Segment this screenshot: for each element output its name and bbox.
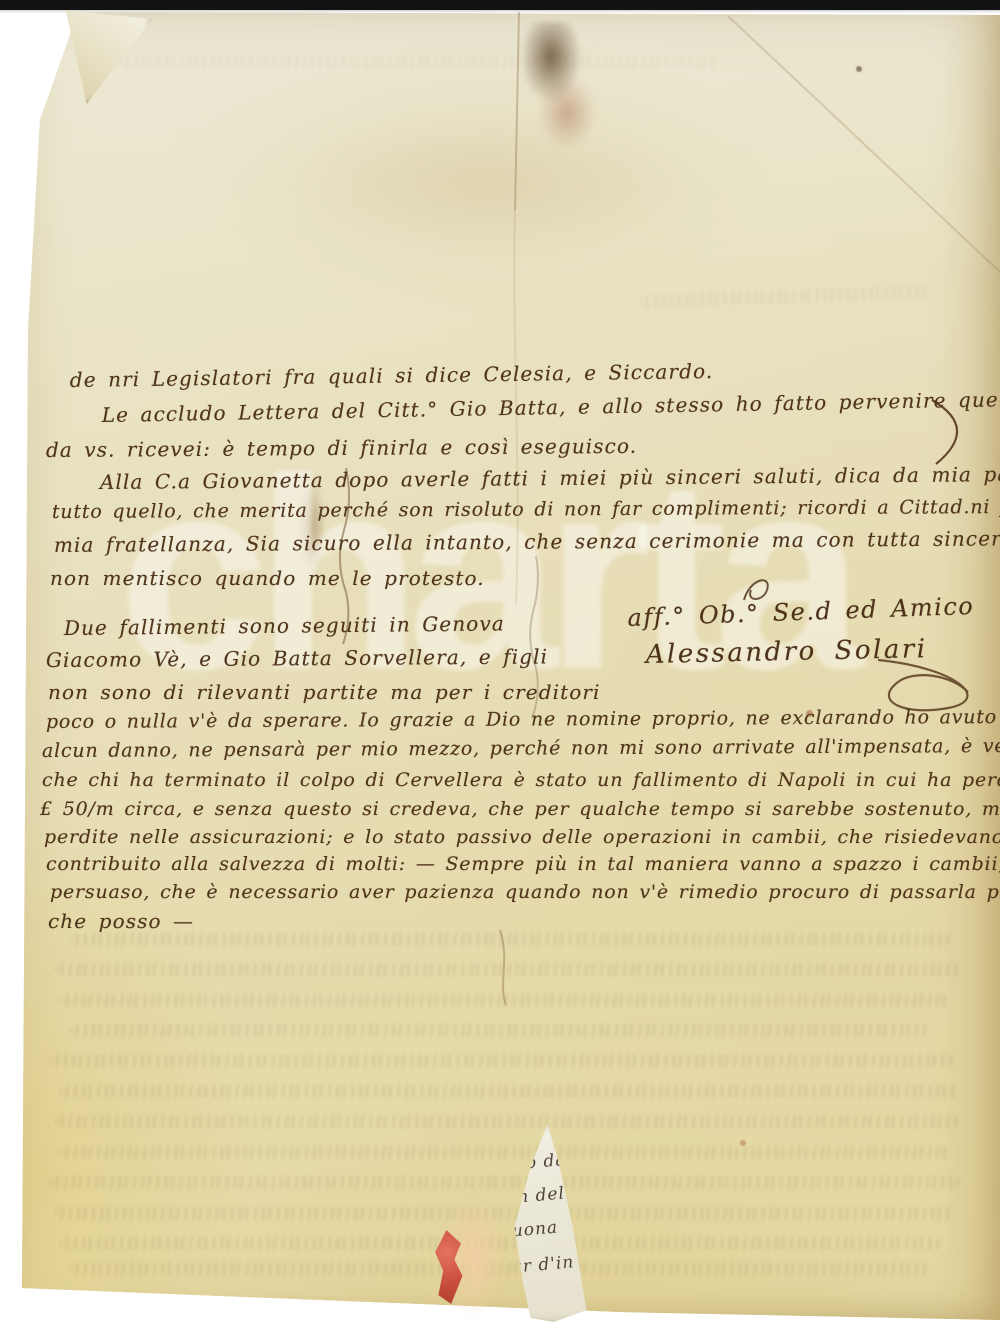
fragment-text: to da — [517, 1150, 567, 1174]
fragment-text: on del — [505, 1183, 565, 1208]
letter-line: non mentisco quando me le protesto. — [50, 566, 485, 590]
letter-line: persuaso, che è necessario aver pazienza… — [50, 881, 1000, 903]
bleedthrough-line — [70, 1024, 930, 1037]
letter-line: Due fallimenti sono seguiti in Genova — [64, 611, 505, 640]
torn-seal-fragment: to da on del buona guar d'in — [430, 1118, 605, 1323]
bleedthrough-line — [70, 933, 950, 946]
scanned-letter-page: charta de nri Legislatori fra quali si d… — [0, 0, 1000, 1325]
letter-line: non sono di rilevanti partite ma per i c… — [48, 680, 601, 704]
bleedthrough-line — [120, 55, 720, 68]
letter-line: Giacomo Vè, e Gio Batta Sorvellera, e fi… — [46, 644, 548, 672]
fragment-text: buona — [499, 1218, 559, 1243]
scanner-top-strip — [0, 0, 1000, 10]
signature: Alessandro Solari — [645, 634, 928, 670]
letter-line: che posso — — [48, 909, 194, 933]
letter-line: perdite nelle assicurazioni; e lo stato … — [44, 826, 1000, 848]
letter-line: contribuito alla salvezza di molti: — Se… — [46, 853, 1000, 875]
letter-line: che chi ha terminato il colpo di Cervell… — [42, 769, 1000, 791]
bleedthrough-line — [60, 994, 950, 1007]
letter-line: da vs. ricevei: è tempo di finirla e cos… — [46, 434, 637, 462]
torn-paper-piece: to da on del buona guar d'in — [488, 1124, 594, 1322]
bleedthrough-line — [55, 963, 960, 976]
bleedthrough-line — [60, 1085, 960, 1098]
letter-line: £ 50/m circa, e senza questo si credeva,… — [40, 798, 1000, 820]
bleedthrough-line — [50, 1054, 955, 1067]
